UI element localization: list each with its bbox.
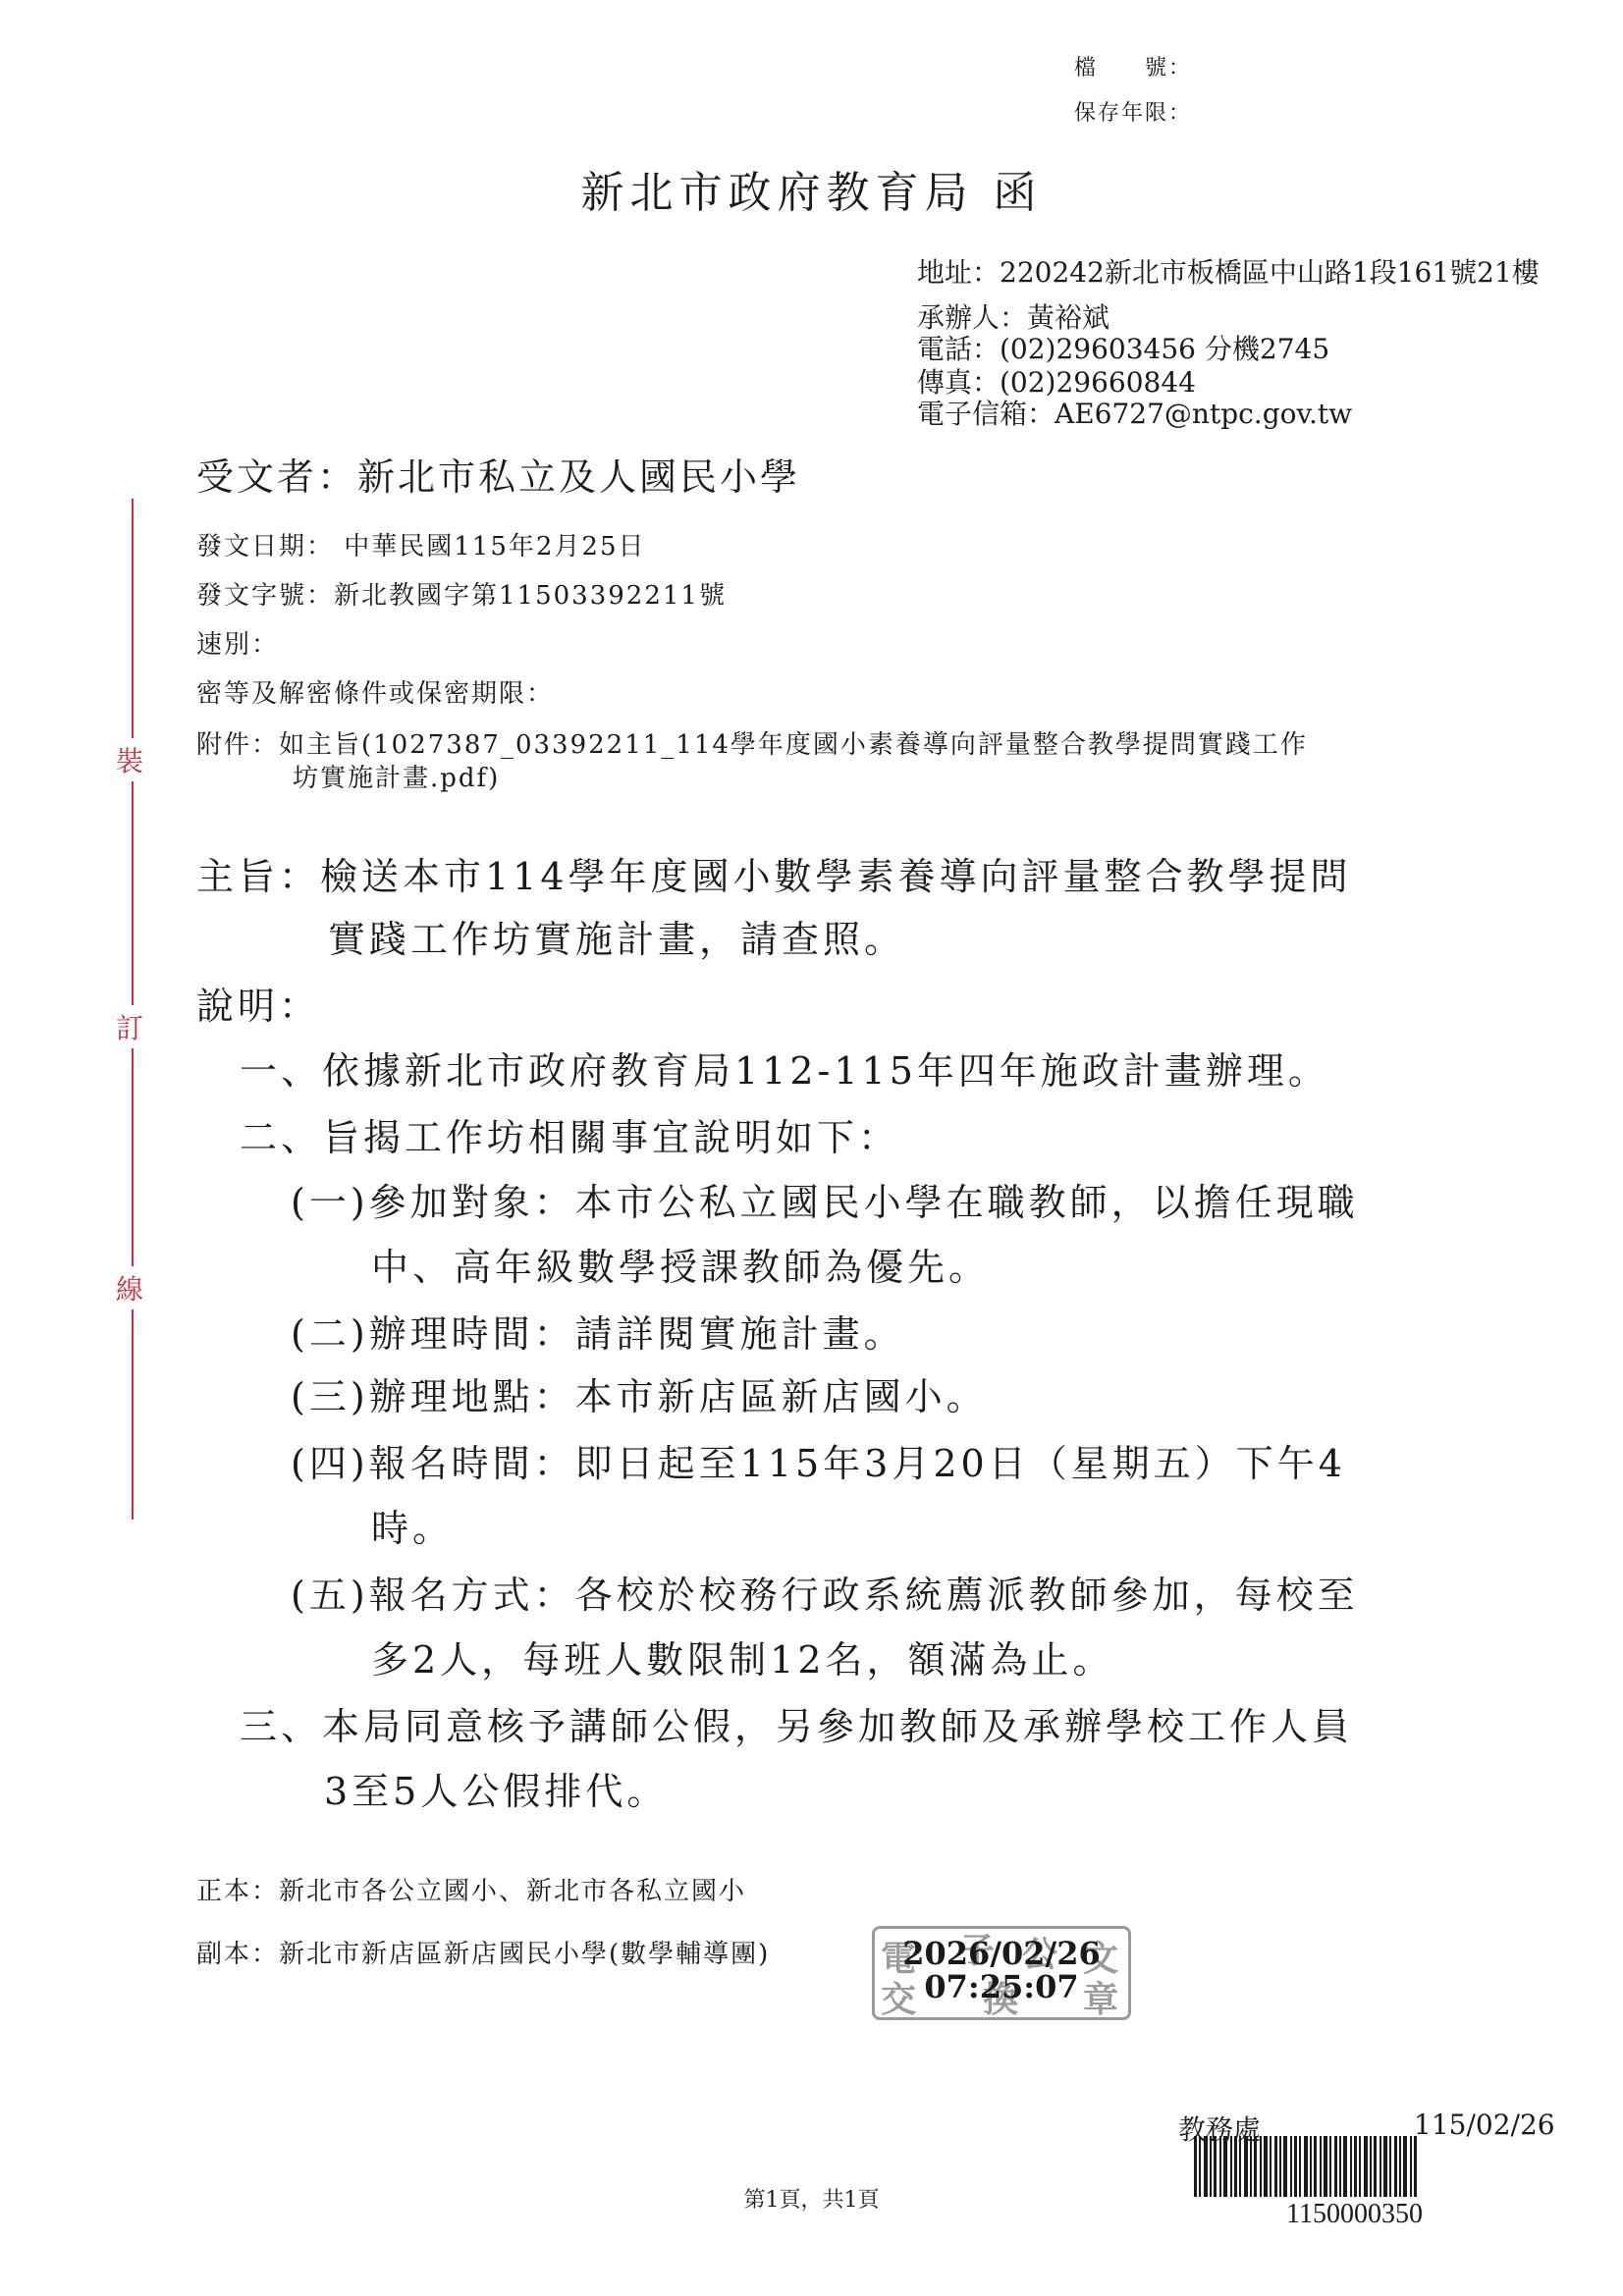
sub-item-5-line-1: (五)報名方式：各校於校務行政系統薦派教師參加，每校至 xyxy=(291,1565,1359,1619)
sub-item-3: (三)辦理地點：本市新店區新店國小。 xyxy=(291,1366,988,1420)
sub-item-4-line-1: (四)報名時間：即日起至115年3月20日（星期五）下午4 xyxy=(291,1433,1346,1487)
contact-address: 地址：220242新北市板橋區中山路1段161號21樓 xyxy=(917,251,1540,291)
copy-recipients: 副本：新北市新店區新店國民小學(數學輔導團) xyxy=(196,1934,770,1970)
contact-email: 電子信箱：AE6727@ntpc.gov.tw xyxy=(917,393,1352,432)
sub-item-4-line-2: 時。 xyxy=(371,1498,454,1552)
recipient: 受文者：新北市私立及人國民小學 xyxy=(196,447,800,501)
subject-line-1: 主旨：檢送本市114學年度國小數學素養導向評量整合教學提問 xyxy=(196,846,1352,900)
stamp-date: 2026/02/26 xyxy=(875,1937,1128,1970)
explanation-item-3-line-1: 三、本局同意核予講師公假，另參加教師及承辦學校工作人員 xyxy=(240,1696,1353,1750)
sub-item-1-line-2: 中、高年級數學授課教師為優先。 xyxy=(371,1237,990,1291)
subject-line-2: 實踐工作坊實施計畫，請查照。 xyxy=(328,909,905,963)
sub-item-5-line-2: 多2人，每班人數限制12名，額滿為止。 xyxy=(371,1629,1114,1683)
binding-char-3: 線 xyxy=(116,1266,143,1309)
original-recipients: 正本：新北市各公立國小、新北市各私立國小 xyxy=(196,1871,746,1907)
explanation-item-3-line-2: 3至5人公假排代。 xyxy=(324,1761,668,1815)
sub-item-2: (二)辦理時間：請詳閱實施計畫。 xyxy=(291,1304,905,1358)
attachment-line-1[interactable]: 附件：如主旨(1027387_03392211_114學年度國小素養導向評量整合… xyxy=(196,724,1308,761)
sub-item-1-line-1: (一)參加對象：本市公私立國民小學在職教師，以擔任現職 xyxy=(291,1172,1359,1226)
attachment-line-2[interactable]: 坊實施計畫.pdf) xyxy=(293,758,500,794)
explanation-item-2: 二、旨揭工作坊相關事宜說明如下： xyxy=(240,1107,899,1161)
stamp-time: 07:25:07 xyxy=(875,1970,1128,2003)
file-number-label: 檔 號： xyxy=(1074,51,1192,81)
binding-char-1: 裝 xyxy=(116,738,143,781)
page-number: 第1頁，共1頁 xyxy=(0,2183,1623,2214)
issue-date: 發文日期： 中華民國115年2月25日 xyxy=(196,526,646,562)
explanation-item-1: 一、依據新北市政府教育局112-115年四年施政計畫辦理。 xyxy=(240,1041,1329,1095)
document-title: 新北市政府教育局 函 xyxy=(0,157,1623,220)
electronic-exchange-stamp: 電 子 公 文 交 換 章 2026/02/26 07:25:07 xyxy=(872,1926,1131,2020)
secrecy-level: 密等及解密條件或保密期限： xyxy=(196,673,554,710)
retention-period-label: 保存年限： xyxy=(1074,96,1192,127)
document-number: 發文字號：新北教國字第11503392211號 xyxy=(196,575,727,612)
speed-class: 速別： xyxy=(196,624,279,661)
explanation-heading: 說明： xyxy=(196,976,320,1030)
binding-char-2: 訂 xyxy=(116,1005,143,1048)
